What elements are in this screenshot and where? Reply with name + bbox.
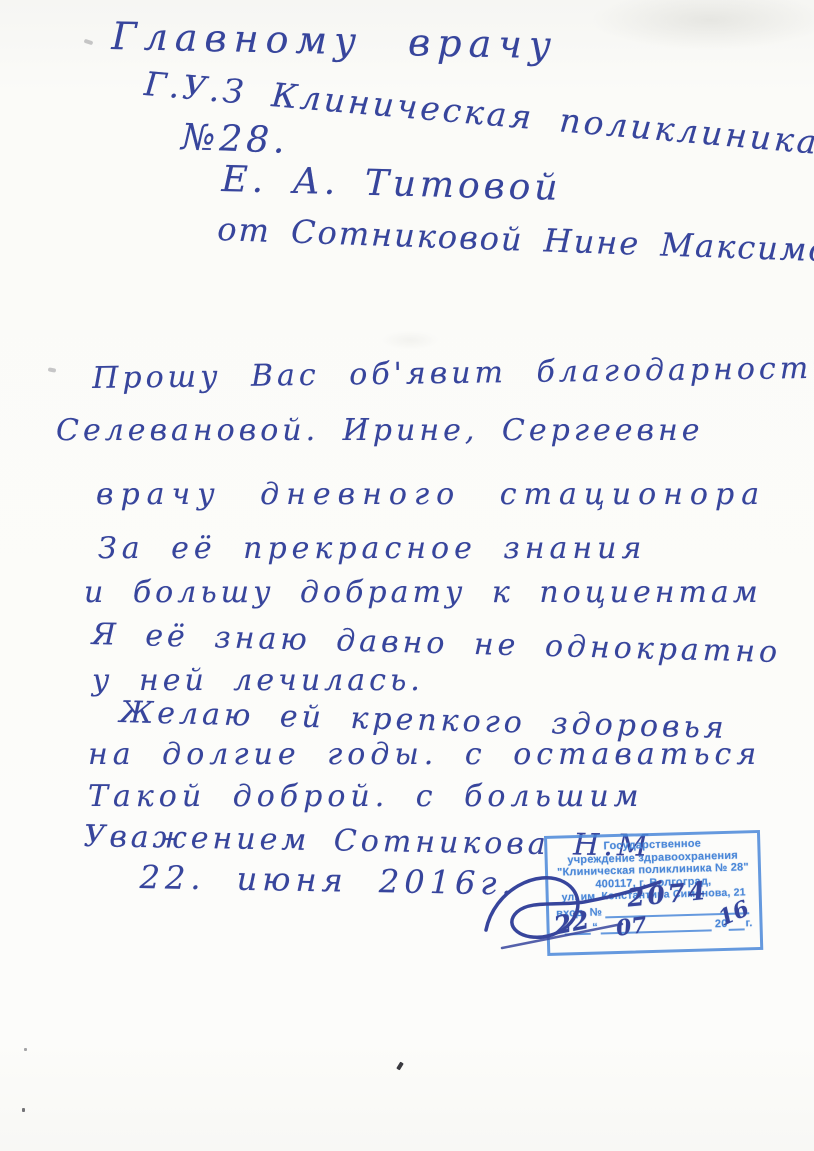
header-sender: от Сотниковой Нине Максимовне <box>217 212 814 271</box>
scan-speck <box>22 1108 25 1112</box>
body-line: За её прекрасное знания <box>98 532 646 565</box>
scan-speck <box>396 1062 404 1071</box>
body-line: у ней лечилась. <box>92 664 424 697</box>
header-addressee-name: Е. А. Титовой <box>221 160 562 208</box>
body-line: и большу добрату к поциентам <box>84 576 762 609</box>
body-line: Селевановой. Ирине, Сергеевне <box>56 414 703 447</box>
stamp-written-year: 16 <box>717 902 750 926</box>
scan-smudge <box>590 0 814 50</box>
body-line: на долгие годы. с оставаться <box>88 738 761 771</box>
date-line: 22. июня 2016г. <box>139 860 517 902</box>
scan-smudge <box>380 330 440 350</box>
body-line: Такой доброй. с большим <box>88 780 644 813</box>
header-addressee-title: Главному врачу <box>111 16 558 67</box>
scanned-letter-page: Главному врачу Г.У.З Клиническая поликли… <box>0 0 814 1151</box>
body-line: врачу дневного стационора <box>96 478 766 511</box>
scan-mark <box>48 367 57 372</box>
header-clinic-number: №28. <box>181 118 290 161</box>
body-line: Я её знаю давно не однократно <box>91 618 781 669</box>
signature-flourish <box>472 862 667 962</box>
scan-mark <box>84 39 94 46</box>
scan-speck <box>24 1048 27 1051</box>
body-line: Прошу Вас об'явит благодарность <box>92 352 814 395</box>
